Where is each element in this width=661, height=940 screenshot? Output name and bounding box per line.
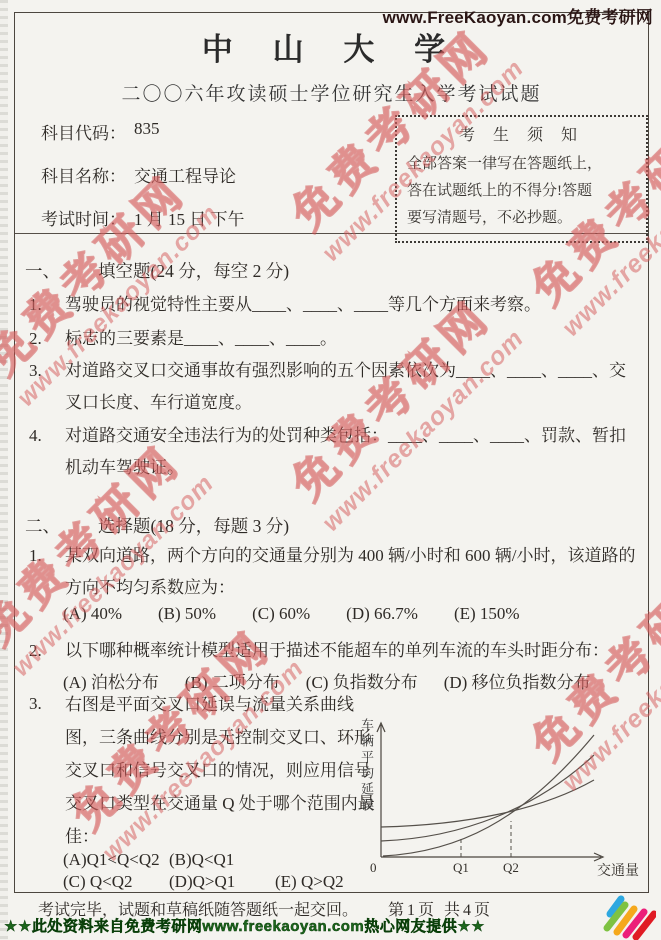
exam-time-value: 1 月 15 日 下午	[134, 205, 245, 230]
q1-tick-label: Q1	[453, 860, 469, 875]
item-text: 对道路交通安全违法行为的处罚种类包括：____、____、____、罚款、暂扣机…	[65, 420, 627, 484]
origin-tick-label: 0	[370, 860, 377, 875]
exam-time-label: 考试时间：	[41, 205, 126, 230]
section-title: 填空题(24 分，每空 2 分)	[98, 258, 289, 283]
fill-item: 1. 驾驶员的视觉特性主要从____、____、____等几个方面来考察。	[29, 289, 541, 321]
choice-q3-options-row1: (A)Q1<Q<Q2 (B)Q<Q1	[63, 850, 234, 870]
notice-line: 全部答案一律写在答题纸上，	[407, 151, 636, 178]
option: (A)Q1<Q<Q2	[63, 850, 169, 870]
item-number: 4.	[29, 420, 65, 484]
x-axis-label: 交通量	[597, 863, 639, 879]
item-text: 以下哪种概率统计模型适用于描述不能超车的单列车流的车头时距分布：	[65, 635, 641, 667]
item-number: 2.	[29, 635, 65, 667]
item-text: 右图是平面交叉口延误与流量关系曲线图，三条曲线分别是无控制交叉口、环形交叉口和信…	[65, 688, 379, 853]
header-divider	[15, 233, 648, 234]
item-number: 3.	[29, 355, 65, 419]
scan-edge-artifact	[0, 0, 8, 940]
exam-paper-frame: 中 山 大 学 二〇〇六年攻读硕士学位研究生入学考试试题 科目代码： 835 科…	[14, 12, 649, 893]
option: (A) 40%	[63, 604, 122, 624]
fill-item: 2. 标志的三要素是____、____、____。	[29, 323, 337, 355]
fill-item: 4. 对道路交通安全违法行为的处罚种类包括：____、____、____、罚款、…	[29, 420, 627, 484]
delay-flow-chart: 车辆平均延误 0 Q1 Q2 交通量	[351, 705, 651, 887]
notice-line: 答在试题纸上的不得分!答题	[407, 178, 636, 205]
freekaoyan-bottom-banner: ★★此处资料来自免费考研网www.freekaoyan.com热心网友提供★★	[4, 915, 485, 936]
item-text: 某双向道路，两个方向的交通量分别为 400 辆/小时和 600 辆/小时，该道路…	[65, 540, 641, 604]
q2-tick-label: Q2	[503, 860, 519, 875]
freekaoyan-logo-icon	[594, 892, 656, 940]
option: (E) 150%	[454, 604, 520, 624]
item-number: 3.	[29, 688, 65, 853]
notice-title: 考 生 须 知	[407, 122, 636, 150]
item-number: 2.	[29, 323, 65, 355]
notice-box: 考 生 须 知 全部答案一律写在答题纸上， 答在试题纸上的不得分!答题 要写清题…	[395, 115, 648, 243]
subject-code-label: 科目代码：	[41, 119, 126, 144]
subject-code-line: 科目代码： 835	[41, 119, 160, 144]
choice-question: 3. 右图是平面交叉口延误与流量关系曲线图，三条曲线分别是无控制交叉口、环形交叉…	[29, 688, 379, 853]
option: (D) 66.7%	[346, 604, 418, 624]
item-text: 驾驶员的视觉特性主要从____、____、____等几个方面来考察。	[65, 289, 541, 321]
section-fill-heading: 一、 填空题(24 分，每空 2 分)	[25, 258, 289, 283]
option: (B) 50%	[158, 604, 216, 624]
exam-time-line: 考试时间： 1 月 15 日 下午	[41, 205, 245, 230]
chart-canvas: 0 Q1 Q2 交通量	[351, 705, 651, 887]
option: (C) 60%	[252, 604, 310, 624]
option: (D) 移位负指数分布	[444, 668, 591, 693]
option: (E) Q>Q2	[275, 872, 344, 892]
subject-name-label: 科目名称：	[41, 162, 126, 187]
section-choice-heading: 二、 选择题(18 分，每题 3 分)	[25, 513, 289, 538]
notice-line: 要写清题号，不必抄题。	[407, 205, 636, 232]
item-text: 对道路交叉口交通事故有强烈影响的五个因素依次为____、____、____、交叉…	[65, 355, 627, 419]
site-banner: www.FreeKaoyan.com免费考研网	[383, 3, 653, 28]
university-title: 中 山 大 学	[15, 24, 648, 69]
item-number: 1.	[29, 540, 65, 604]
fill-item: 3. 对道路交叉口交通事故有强烈影响的五个因素依次为____、____、____…	[29, 355, 627, 419]
choice-q1-options: (A) 40% (B) 50% (C) 60% (D) 66.7% (E) 15…	[63, 604, 520, 624]
choice-q3-options-row2: (C) Q<Q2 (D)Q>Q1 (E) Q>Q2	[63, 872, 344, 892]
subject-name-value: 交通工程导论	[134, 162, 236, 187]
choice-question: 1. 某双向道路，两个方向的交通量分别为 400 辆/小时和 600 辆/小时，…	[29, 540, 641, 604]
subject-code-value: 835	[134, 119, 160, 144]
section-numeral: 二、	[25, 513, 60, 538]
option: (C) Q<Q2	[63, 872, 169, 892]
subject-name-line: 科目名称： 交通工程导论	[41, 162, 236, 187]
choice-question: 2. 以下哪种概率统计模型适用于描述不能超车的单列车流的车头时距分布：	[29, 635, 641, 667]
section-numeral: 一、	[25, 258, 60, 283]
option: (B)Q<Q1	[169, 850, 234, 870]
item-number: 1.	[29, 289, 65, 321]
exam-title: 二〇〇六年攻读硕士学位研究生入学考试试题	[15, 79, 648, 106]
item-text: 标志的三要素是____、____、____。	[65, 323, 337, 355]
section-title: 选择题(18 分，每题 3 分)	[98, 513, 289, 538]
option: (D)Q>Q1	[169, 872, 275, 892]
